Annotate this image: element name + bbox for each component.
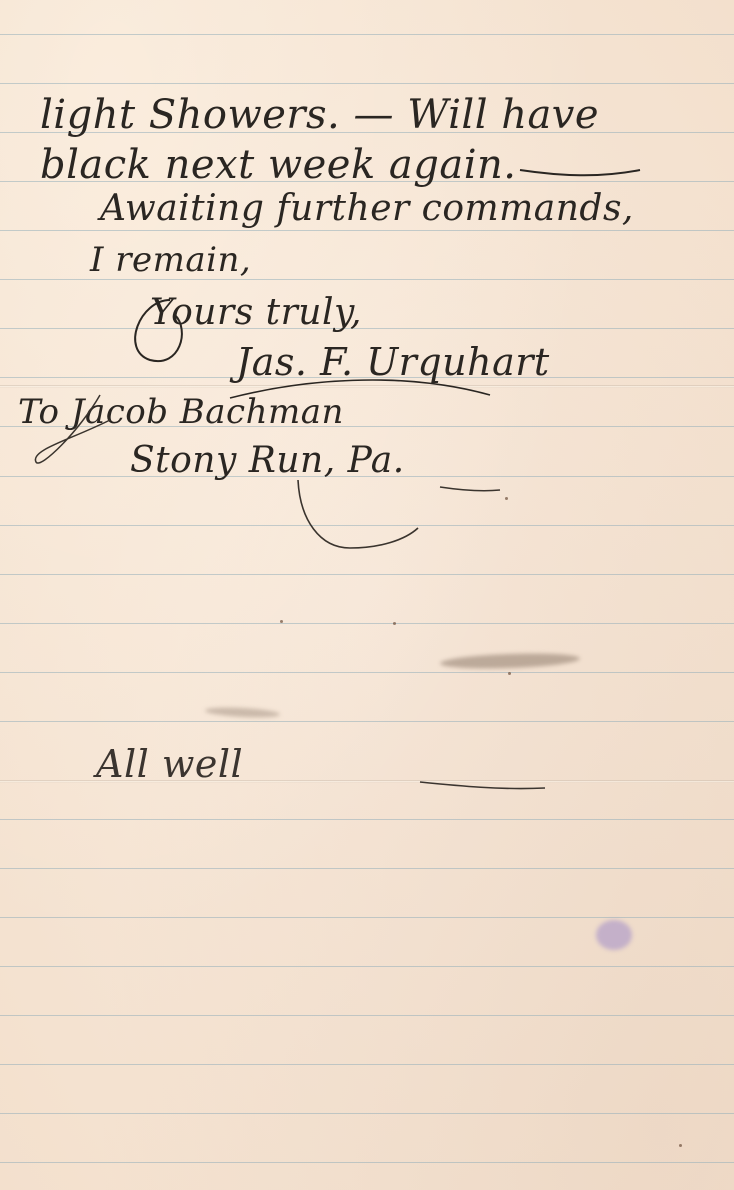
rule-line (0, 721, 734, 722)
recipient-place: Stony Run, Pa. (130, 440, 405, 481)
violet-stain (596, 920, 632, 950)
rule-line (0, 917, 734, 918)
rule-line (0, 230, 734, 231)
fold-crease (0, 385, 734, 388)
rule-line (0, 574, 734, 575)
body-line-2: black next week again. (40, 142, 517, 188)
speck (679, 1144, 682, 1147)
ink-smudge (205, 706, 280, 719)
speck (505, 497, 508, 500)
speck (280, 620, 283, 623)
rule-line (0, 328, 734, 329)
rule-line (0, 1015, 734, 1016)
body-line-4: I remain, (90, 240, 251, 280)
valediction: Yours truly, (150, 292, 362, 333)
rule-line (0, 868, 734, 869)
speck (393, 622, 396, 625)
body-line-1: light Showers. — Will have (40, 92, 599, 138)
rule-line (0, 1162, 734, 1163)
signature: Jas. F. Urquhart (236, 340, 550, 384)
rule-line (0, 525, 734, 526)
letter-page: light Showers. — Will have black next we… (0, 0, 734, 1190)
rule-line (0, 819, 734, 820)
postscript: All well (96, 742, 243, 786)
recipient-name: To Jacob Bachman (18, 392, 344, 432)
rule-line (0, 1064, 734, 1065)
rule-line (0, 34, 734, 35)
rule-line (0, 623, 734, 624)
ink-smudge (440, 652, 580, 671)
body-line-3: Awaiting further commands, (100, 188, 634, 229)
rule-line (0, 83, 734, 84)
rule-line (0, 672, 734, 673)
rule-line (0, 1113, 734, 1114)
speck (508, 672, 511, 675)
rule-line (0, 966, 734, 967)
